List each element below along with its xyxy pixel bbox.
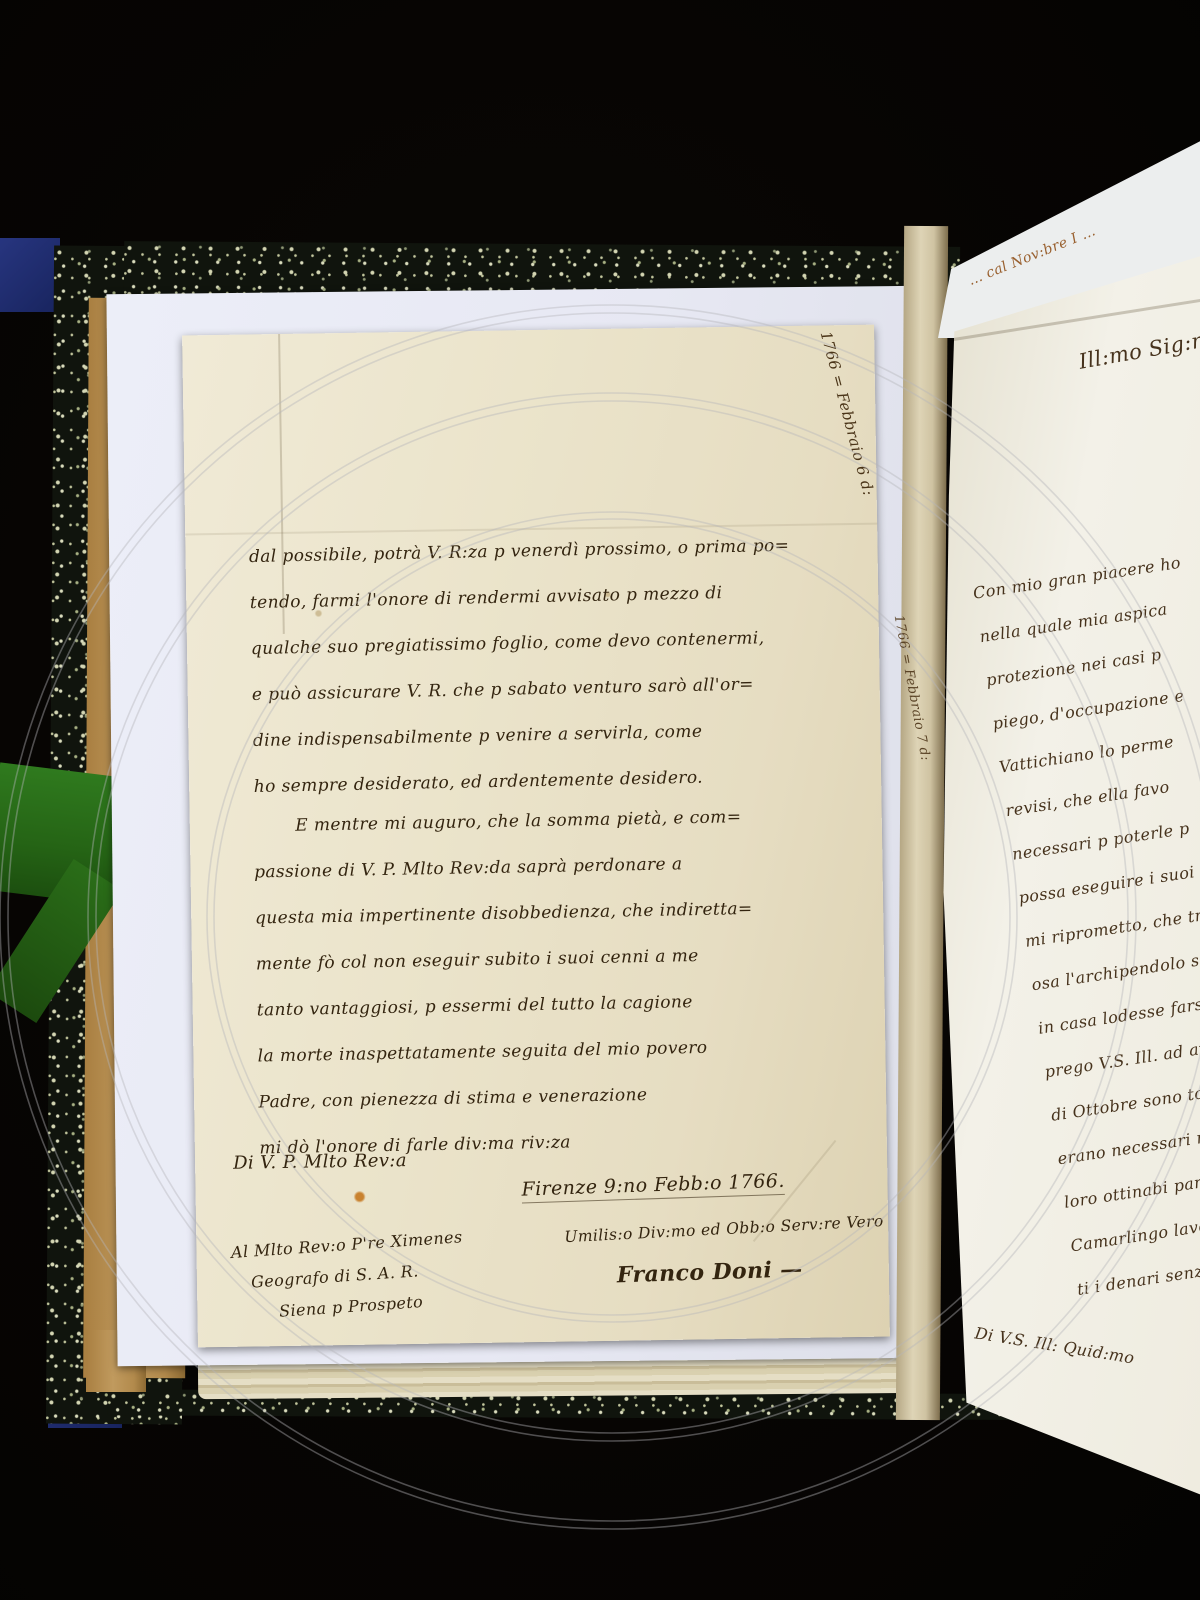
letter-paragraph-1: dal possibile, potrà V. R:za p venerdì p… [249, 521, 871, 810]
gutter-page-edges: 1766 = Febbraio 7 d: [896, 226, 948, 1420]
address-block: Al Mlto Rev:o P're Ximenes Geografo di S… [230, 1221, 468, 1330]
right-page-body: Con mio gran piacere ho nella quale mia … [970, 528, 1200, 1312]
binding-blue-top-left [0, 238, 60, 312]
dateline: Firenze 9:no Febb:o 1766. [521, 1170, 785, 1204]
manuscript-photo: 1766 = Febbraio 6 d: dal possibile, potr… [0, 0, 1200, 1600]
closing-salute: Di V. P. Mlto Rev:a [233, 1150, 407, 1174]
ink-stain [354, 1191, 366, 1203]
under-sheet-text: … cal Nov:bre I … [966, 223, 1098, 289]
right-page-closing: Di V.S. Ill: Quid:mo [974, 1323, 1136, 1367]
letter-paragraph-2: E mentre mi auguro, che la somma pietà, … [253, 792, 880, 1172]
valediction: Umilis:o Div:mo ed Obb:o Serv:re Vero [564, 1212, 884, 1246]
corner-date-annotation: 1766 = Febbraio 6 d: [817, 329, 878, 498]
right-page: Ill:mo Sig:re Con mio gran piacere ho ne… [930, 140, 1200, 1508]
right-page-salutation: Ill:mo Sig:re [1077, 326, 1200, 373]
signature: Franco Doni — [616, 1256, 803, 1288]
letter-page: 1766 = Febbraio 6 d: dal possibile, potr… [182, 325, 890, 1348]
